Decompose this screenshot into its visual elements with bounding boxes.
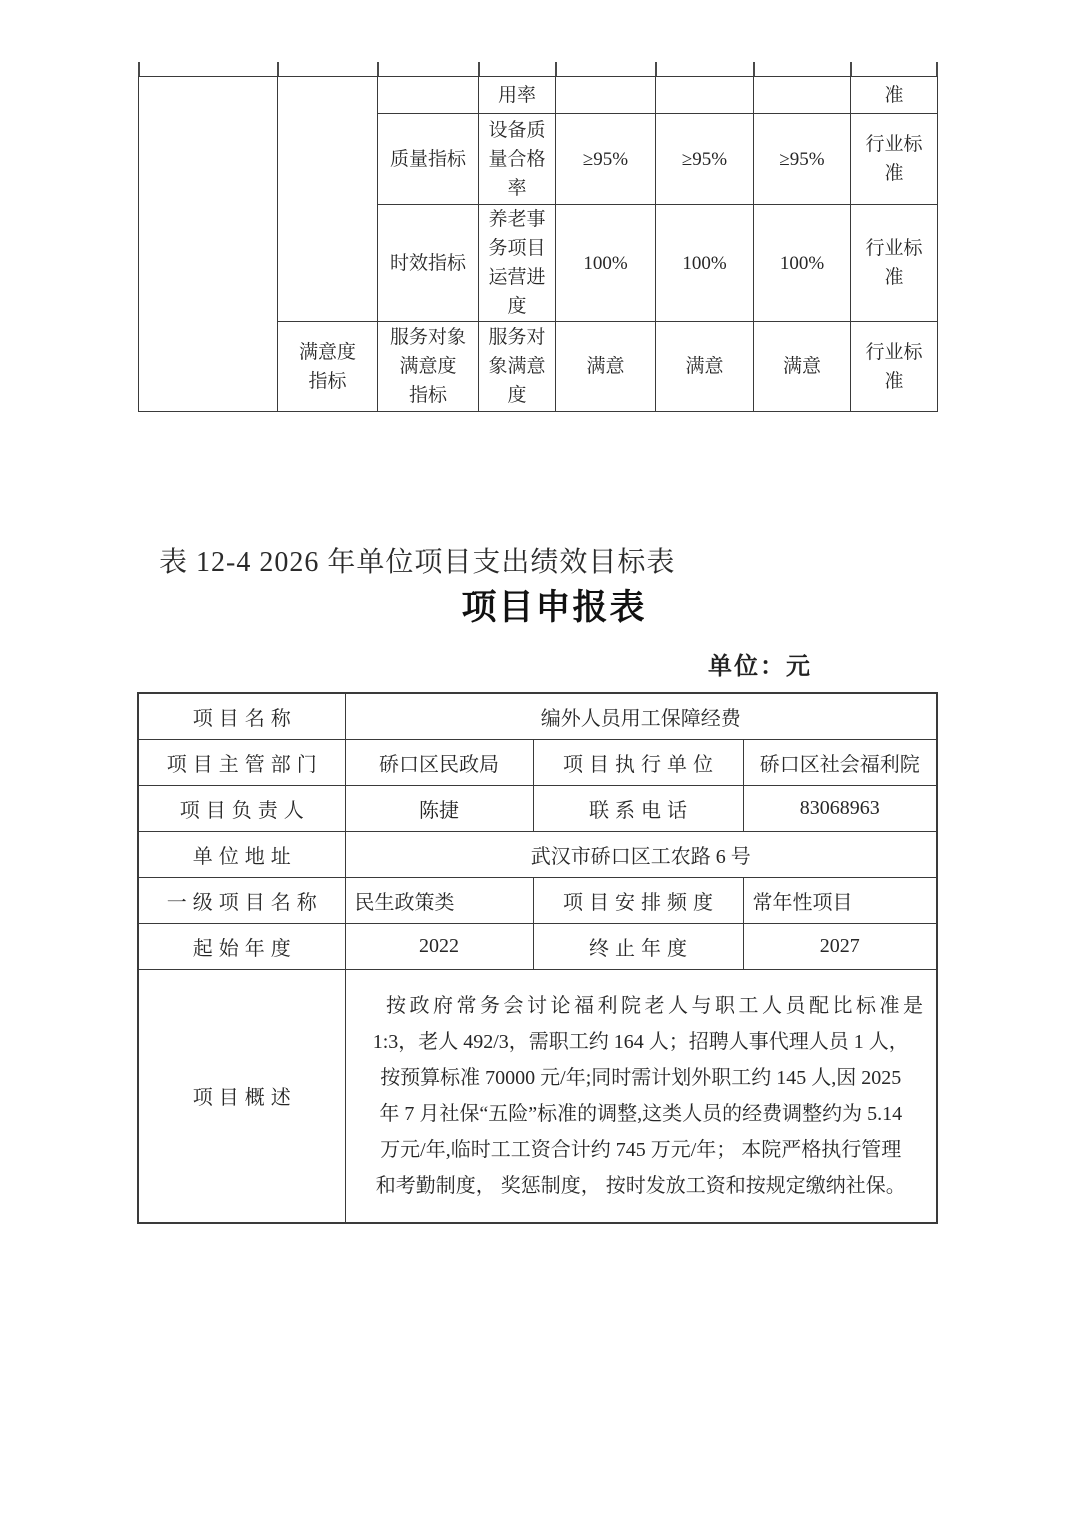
perf-standard-fragment-cell: 准 bbox=[851, 77, 938, 114]
perf-indicator-cell: 设备质 量合格 率 bbox=[479, 114, 556, 205]
perf-value-cell: 满意 bbox=[556, 322, 656, 412]
perf-group-cell: 满意度 指标 bbox=[278, 322, 378, 412]
form-value-cell: 武汉市硚口区工农路 6 号 bbox=[345, 831, 937, 877]
form-label-cell: 起始年度 bbox=[138, 923, 345, 969]
column-stub bbox=[555, 62, 557, 76]
column-stub bbox=[377, 62, 379, 76]
perf-value-cell: ≥95% bbox=[754, 114, 851, 205]
form-label-cell: 项目安排频度 bbox=[533, 877, 743, 923]
form-row-category: 一级项目名称 民生政策类 项目安排频度 常年性项目 bbox=[138, 877, 937, 923]
overview-line: 和考勤制度， 奖惩制度， 按时发放工资和按规定缴纳社保。 bbox=[350, 1168, 933, 1204]
form-row-project-name: 项目名称 编外人员用工保障经费 bbox=[138, 693, 937, 739]
form-value-cell: 常年性项目 bbox=[743, 877, 937, 923]
perf-indicator-fragment-cell: 用率 bbox=[479, 77, 556, 114]
form-row-years: 起始年度 2022 终止年度 2027 bbox=[138, 923, 937, 969]
form-label-cell: 一级项目名称 bbox=[138, 877, 345, 923]
form-value-cell: 2022 bbox=[345, 923, 533, 969]
perf-value-cell: 100% bbox=[656, 205, 754, 322]
form-value-cell: 2027 bbox=[743, 923, 937, 969]
form-row-dept: 项目主管部门 硚口区民政局 项目执行单位 硚口区社会福利院 bbox=[138, 739, 937, 785]
column-stub bbox=[753, 62, 755, 76]
column-stub bbox=[850, 62, 852, 76]
perf-value-cell: 满意 bbox=[656, 322, 754, 412]
form-row-leader: 项目负责人 陈捷 联系电话 83068963 bbox=[138, 785, 937, 831]
form-value-cell: 硚口区民政局 bbox=[345, 739, 533, 785]
form-label-cell: 联系电话 bbox=[533, 785, 743, 831]
perf-group-empty-cell bbox=[278, 77, 378, 322]
column-stub bbox=[138, 62, 140, 76]
perf-standard-cell: 行业标 准 bbox=[851, 322, 938, 412]
form-value-cell: 硚口区社会福利院 bbox=[743, 739, 937, 785]
perf-carryover-row: 用率 准 bbox=[139, 77, 938, 114]
form-label-cell: 项目执行单位 bbox=[533, 739, 743, 785]
perf-value-empty-cell bbox=[656, 77, 754, 114]
unit-label: 单位：元 bbox=[708, 646, 812, 681]
form-label-cell: 项目概述 bbox=[138, 969, 345, 1223]
form-label-cell: 项目名称 bbox=[138, 693, 345, 739]
perf-category-cell: 质量指标 bbox=[378, 114, 479, 205]
perf-value-cell: ≥95% bbox=[656, 114, 754, 205]
perf-standard-cell: 行业标 准 bbox=[851, 205, 938, 322]
form-value-cell: 民生政策类 bbox=[345, 877, 533, 923]
perf-indicator-cell: 养老事 务项目 运营进 度 bbox=[479, 205, 556, 322]
perf-value-cell: 满意 bbox=[754, 322, 851, 412]
overview-line: 按政府常务会讨论福利院老人与职工人员配比标准是 bbox=[350, 988, 933, 1024]
column-stub bbox=[277, 62, 279, 76]
form-row-address: 单位地址 武汉市硚口区工农路 6 号 bbox=[138, 831, 937, 877]
form-title: 项目申报表 bbox=[138, 580, 938, 630]
perf-indicator-cell: 服务对 象满意 度 bbox=[479, 322, 556, 412]
form-label-cell: 终止年度 bbox=[533, 923, 743, 969]
form-label-cell: 单位地址 bbox=[138, 831, 345, 877]
table-caption: 表 12-4 2026 年单位项目支出绩效目标表 bbox=[159, 540, 675, 580]
perf-value-cell: 100% bbox=[556, 205, 656, 322]
document-page: 用率 准 质量指标 设备质 量合格 率 ≥95% ≥95% ≥95% 行业标 准… bbox=[0, 0, 1074, 1520]
form-row-overview: 项目概述 按政府常务会讨论福利院老人与职工人员配比标准是 1:3，老人 492/… bbox=[138, 969, 937, 1223]
column-stub bbox=[655, 62, 657, 76]
form-value-cell: 83068963 bbox=[743, 785, 937, 831]
column-stub bbox=[936, 62, 938, 76]
perf-category-cell: 服务对象 满意度 指标 bbox=[378, 322, 479, 412]
perf-value-empty-cell bbox=[754, 77, 851, 114]
overview-line: 按预算标准 70000 元/年;同时需计划外职工约 145 人,因 2025 bbox=[350, 1060, 933, 1096]
perf-standard-cell: 行业标 准 bbox=[851, 114, 938, 205]
overview-line: 万元/年,临时工工资合计约 745 万元/年； 本院严格执行管理 bbox=[350, 1132, 933, 1168]
column-stub bbox=[478, 62, 480, 76]
perf-value-cell: 100% bbox=[754, 205, 851, 322]
project-application-table: 项目名称 编外人员用工保障经费 项目主管部门 硚口区民政局 项目执行单位 硚口区… bbox=[137, 692, 938, 1224]
overview-line: 年 7 月社保“五险”标准的调整,这类人员的经费调整约为 5.14 bbox=[350, 1096, 933, 1132]
form-value-cell: 陈捷 bbox=[345, 785, 533, 831]
perf-left-empty-cell bbox=[139, 77, 278, 412]
perf-category-empty-cell bbox=[378, 77, 479, 114]
perf-category-cell: 时效指标 bbox=[378, 205, 479, 322]
form-label-cell: 项目负责人 bbox=[138, 785, 345, 831]
overview-paragraph-cell: 按政府常务会讨论福利院老人与职工人员配比标准是 1:3，老人 492/3，需职工… bbox=[345, 969, 937, 1223]
perf-value-cell: ≥95% bbox=[556, 114, 656, 205]
form-label-cell: 项目主管部门 bbox=[138, 739, 345, 785]
form-value-cell: 编外人员用工保障经费 bbox=[345, 693, 937, 739]
overview-line: 1:3，老人 492/3，需职工约 164 人；招聘人事代理人员 1 人， bbox=[350, 1024, 933, 1060]
performance-targets-table: 用率 准 质量指标 设备质 量合格 率 ≥95% ≥95% ≥95% 行业标 准… bbox=[138, 76, 938, 412]
perf-value-empty-cell bbox=[556, 77, 656, 114]
